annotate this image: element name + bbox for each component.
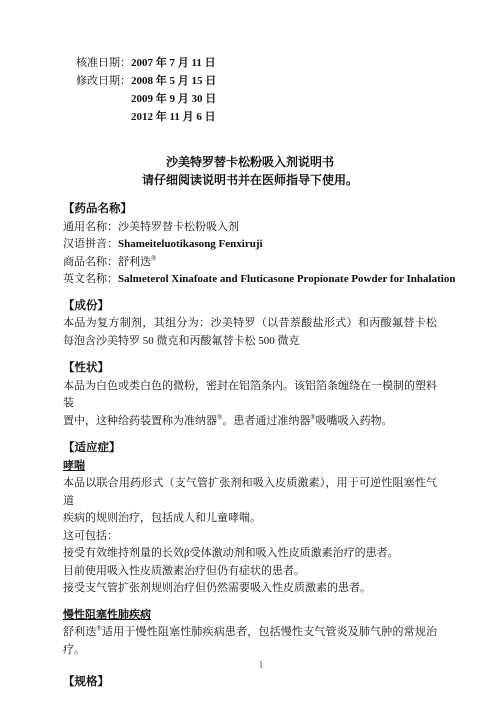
- approval-date-value: 2007 年 7 月 11 日: [131, 57, 216, 69]
- asthma-text-line: 疾病的规则治疗，包括成人和儿童哮喘。: [63, 510, 437, 528]
- section-heading: 【适应症】: [63, 440, 437, 458]
- registered-trademark-symbol: ®: [151, 254, 156, 262]
- copd-text-segment: 适用于慢性阻塞性肺疾病患者，包括慢性支气管炎及肺气肿的常规治: [102, 626, 437, 638]
- composition-text-line: 本品为复方制剂，其组分为：沙美特罗（以昔萘酸盐形式）和丙酸氟替卡松: [63, 315, 437, 333]
- english-name-line: 英文名称：Salmeterol Xinafoate and Fluticason…: [63, 271, 437, 289]
- dates-block: 核准日期：2007 年 7 月 11 日 修改日期：2008 年 5 月 15 …: [63, 54, 437, 126]
- subsection-copd: 慢性阻塞性肺疾病 舒利迭®适用于慢性阻塞性肺疾病患者，包括慢性支气管炎及肺气肿的…: [63, 607, 437, 660]
- asthma-text-line: 本品以联合用药形式（支气管扩张剂和吸入皮质激素），用于可逆性阻塞性气道: [63, 475, 437, 510]
- document-content: 核准日期：2007 年 7 月 11 日 修改日期：2008 年 5 月 15 …: [63, 54, 437, 692]
- section-composition: 【成份】 本品为复方制剂，其组分为：沙美特罗（以昔萘酸盐形式）和丙酸氟替卡松 每…: [63, 298, 437, 351]
- revision-date-value: 2009 年 9 月 30 日: [131, 93, 216, 105]
- asthma-item-line: 目前使用吸入性皮质激素治疗但仍有症状的患者。: [63, 563, 437, 581]
- section-heading: 【性状】: [63, 360, 437, 378]
- asthma-subheading: 哮喘: [63, 460, 85, 472]
- revision-date-line: 修改日期：2008 年 5 月 15 日: [76, 72, 437, 90]
- section-indications: 【适应症】 哮喘 本品以联合用药形式（支气管扩张剂和吸入皮质激素），用于可逆性阻…: [63, 440, 437, 659]
- copd-text-line: 疗。: [63, 642, 437, 660]
- section-heading: 【成份】: [63, 298, 437, 316]
- section-heading: 【规格】: [63, 674, 437, 692]
- document-title: 沙美特罗替卡松粉吸入剂说明书: [63, 153, 437, 171]
- description-text-line: 置中，这种给药装置称为准纳器®。患者通过准纳器®吸嘴吸入药物。: [63, 413, 437, 431]
- title-block: 沙美特罗替卡松粉吸入剂说明书 请仔细阅读说明书并在医师指导下使用。: [63, 153, 437, 189]
- copd-subheading: 慢性阻塞性肺疾病: [63, 609, 151, 621]
- pinyin-name-label: 汉语拼音：: [63, 238, 118, 250]
- asthma-item-line: 接受有效维持剂量的长效β受体激动剂和吸入性皮质激素治疗的患者。: [63, 545, 437, 563]
- description-text-line: 本品为白色或类白色的微粉，密封在铝箔条内。该铝箔条缠绕在一模制的塑料装: [63, 378, 437, 413]
- asthma-item-line: 接受支气管扩张剂规则治疗但仍然需要吸入性皮质激素的患者。: [63, 580, 437, 598]
- asthma-intro-line: 这可包括：: [63, 528, 437, 546]
- approval-date-label: 核准日期：: [76, 57, 131, 69]
- english-name-value: Salmeterol Xinafoate and Fluticasone Pro…: [118, 273, 455, 285]
- section-heading: 【药品名称】: [63, 201, 437, 219]
- approval-date-line: 核准日期：2007 年 7 月 11 日: [76, 54, 437, 72]
- revision-date-line: 2009 年 9 月 30 日: [76, 90, 437, 108]
- section-specification: 【规格】: [63, 674, 437, 692]
- description-text-segment: 吸嘴吸入药物。: [316, 415, 393, 427]
- section-drug-name: 【药品名称】 通用名称：沙美特罗替卡松粉吸入剂 汉语拼音：Shameiteluo…: [63, 201, 437, 289]
- revision-date-value: 2008 年 5 月 15 日: [131, 75, 216, 87]
- copd-text-segment: 舒利迭: [63, 626, 97, 638]
- copd-text-line: 舒利迭®适用于慢性阻塞性肺疾病患者，包括慢性支气管炎及肺气肿的常规治: [63, 624, 437, 642]
- description-text-segment: 。患者通过准纳器: [222, 415, 310, 427]
- composition-text-line: 每泡含沙美特罗 50 微克和丙酸氟替卡松 500 微克: [63, 333, 437, 351]
- revision-date-label: 修改日期：: [76, 75, 131, 87]
- revision-date-value: 2012 年 11 月 6 日: [131, 111, 216, 123]
- revision-date-line: 2012 年 11 月 6 日: [76, 108, 437, 126]
- document-page: 核准日期：2007 年 7 月 11 日 修改日期：2008 年 5 月 15 …: [0, 0, 500, 708]
- pinyin-name-line: 汉语拼音：Shameiteluotikasong Fenxiruji: [63, 236, 437, 254]
- generic-name-label: 通用名称：: [63, 221, 118, 233]
- description-text-segment: 置中，这种给药装置称为准纳器: [63, 415, 217, 427]
- pinyin-name-value: Shameiteluotikasong Fenxiruji: [118, 238, 263, 250]
- trade-name-line: 商品名称：舒利迭®: [63, 254, 437, 272]
- generic-name-line: 通用名称：沙美特罗替卡松粉吸入剂: [63, 219, 437, 237]
- trade-name-value: 舒利迭: [118, 256, 151, 268]
- english-name-label: 英文名称：: [63, 273, 118, 285]
- document-subtitle: 请仔细阅读说明书并在医师指导下使用。: [63, 171, 437, 189]
- generic-name-value: 沙美特罗替卡松粉吸入剂: [118, 221, 239, 233]
- section-description: 【性状】 本品为白色或类白色的微粉，密封在铝箔条内。该铝箔条缠绕在一模制的塑料装…: [63, 360, 437, 430]
- page-number: 1: [0, 660, 500, 671]
- trade-name-label: 商品名称：: [63, 256, 118, 268]
